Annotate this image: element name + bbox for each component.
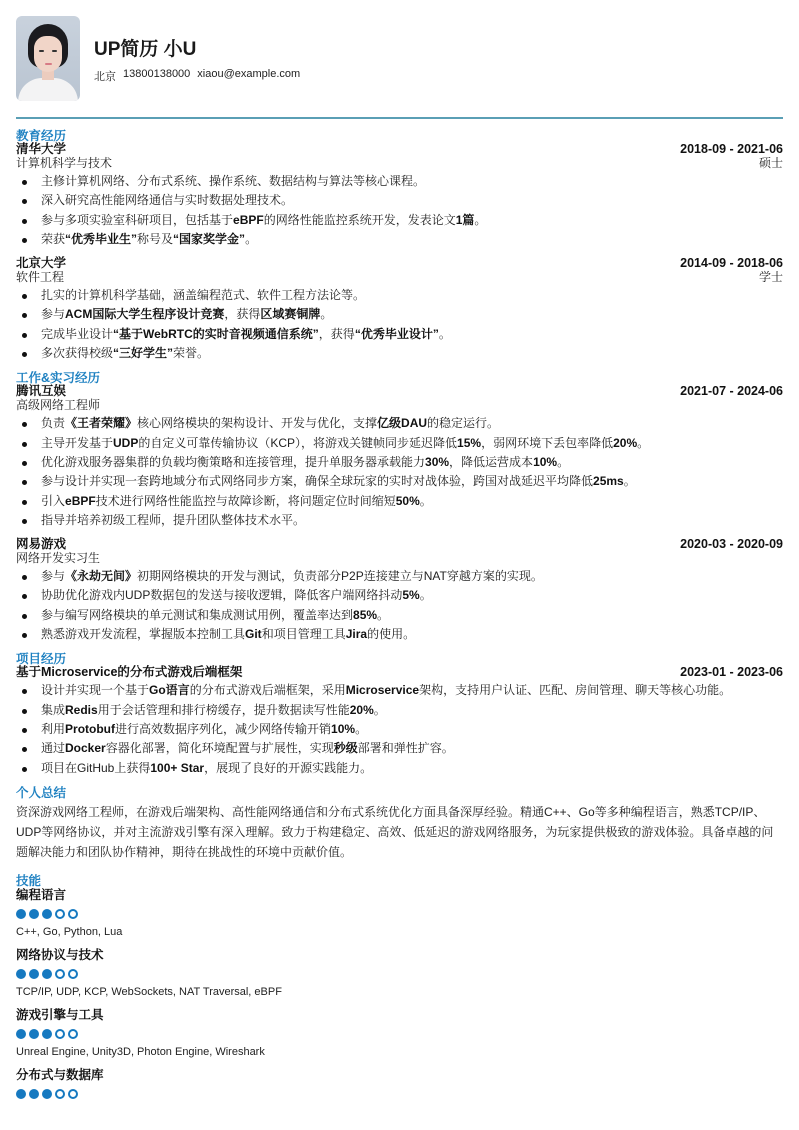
skill-description: Unreal Engine, Unity3D, Photon Engine, W…	[16, 1045, 783, 1059]
skill-name: 分布式与数据库	[16, 1068, 783, 1082]
skill-level-rating	[16, 969, 783, 979]
bullet-item: 参与ACM国际大学生程序设计竞赛，获得区域赛铜牌。	[16, 305, 783, 324]
summary-text: 资深游戏网络工程师，在游戏后端架构、高性能网络通信和分布式系统优化方面具备深厚经…	[16, 802, 783, 862]
skill-level-rating	[16, 1089, 783, 1099]
summary-section: 个人总结 资深游戏网络工程师，在游戏后端架构、高性能网络通信和分布式系统优化方面…	[16, 786, 783, 862]
section-title: 教育经历	[16, 129, 783, 143]
entry-title: 网易游戏	[16, 538, 100, 551]
bullet-item: 参与设计并实现一套跨地域分布式网络同步方案，确保全球玩家的实时对战体验，跨国对战…	[16, 472, 783, 491]
projects-section: 项目经历 基于Microservice的分布式游戏后端框架2023-01 - 2…	[16, 652, 783, 777]
filled-dot-icon	[29, 909, 39, 919]
skill-level-rating	[16, 909, 783, 919]
bullet-list: 参与《永劫无间》初期网络模块的开发与测试，负责部分P2P连接建立与NAT穿越方案…	[16, 567, 783, 644]
bullet-item: 指导并培养初级工程师，提升团队整体技术水平。	[16, 511, 783, 530]
bullet-item: 深入研究高性能网络通信与实时数据处理技术。	[16, 191, 783, 210]
entry-date: 2023-01 - 2023-06	[680, 666, 783, 679]
entry-date: 2014-09 - 2018-06	[680, 257, 783, 270]
work-entry: 网易游戏网络开发实习生2020-03 - 2020-09参与《永劫无间》初期网络…	[16, 538, 783, 644]
entry-header: 基于Microservice的分布式游戏后端框架2023-01 - 2023-0…	[16, 666, 783, 679]
empty-dot-icon	[55, 1089, 65, 1099]
entry-header: 北京大学软件工程2014-09 - 2018-06学士	[16, 257, 783, 284]
filled-dot-icon	[42, 909, 52, 919]
bullet-item: 多次获得校级“三好学生”荣誉。	[16, 344, 783, 363]
bullet-item: 引入eBPF技术进行网络性能监控与故障诊断，将问题定位时间缩短50%。	[16, 492, 783, 511]
filled-dot-icon	[29, 969, 39, 979]
entry-degree: 学士	[680, 270, 783, 284]
section-title: 工作&实习经历	[16, 371, 783, 385]
skill-description: C++, Go, Python, Lua	[16, 925, 783, 939]
skill-name: 网络协议与技术	[16, 948, 783, 962]
bullet-item: 优化游戏服务器集群的负载均衡策略和连接管理，提升单服务器承载能力30%，降低运营…	[16, 453, 783, 472]
bullet-list: 设计并实现一个基于Go语言的分布式游戏后端框架，采用Microservice架构…	[16, 681, 783, 777]
entry-title: 清华大学	[16, 143, 112, 156]
skill-item: 编程语言C++, Go, Python, Lua	[16, 888, 783, 939]
resume-body: 教育经历 清华大学计算机科学与技术2018-09 - 2021-06硕士主修计算…	[16, 129, 783, 1105]
filled-dot-icon	[42, 1089, 52, 1099]
header-divider	[16, 117, 783, 119]
bullet-item: 完成毕业设计“基于WebRTC的实时音视频通信系统”，获得“优秀毕业设计”。	[16, 325, 783, 344]
bullet-list: 扎实的计算机科学基础，涵盖编程范式、软件工程方法论等。参与ACM国际大学生程序设…	[16, 286, 783, 363]
bullet-item: 设计并实现一个基于Go语言的分布式游戏后端框架，采用Microservice架构…	[16, 681, 783, 700]
work-section: 工作&实习经历 腾讯互娱高级网络工程师2021-07 - 2024-06负责《王…	[16, 371, 783, 644]
education-entry: 北京大学软件工程2014-09 - 2018-06学士扎实的计算机科学基础，涵盖…	[16, 257, 783, 363]
entry-subtitle: 高级网络工程师	[16, 398, 100, 412]
empty-dot-icon	[68, 909, 78, 919]
skill-item: 游戏引擎与工具Unreal Engine, Unity3D, Photon En…	[16, 1008, 783, 1059]
bullet-item: 通过Docker容器化部署，简化环境配置与扩展性，实现秒级部署和弹性扩容。	[16, 739, 783, 758]
entry-header: 腾讯互娱高级网络工程师2021-07 - 2024-06	[16, 385, 783, 412]
section-title: 技能	[16, 874, 783, 888]
bullet-item: 参与《永劫无间》初期网络模块的开发与测试，负责部分P2P连接建立与NAT穿越方案…	[16, 567, 783, 586]
resume-header: UP简历 小U 北京 13800138000 xiaou@example.com	[16, 16, 300, 101]
entry-title: 北京大学	[16, 257, 66, 270]
education-section: 教育经历 清华大学计算机科学与技术2018-09 - 2021-06硕士主修计算…	[16, 129, 783, 363]
bullet-item: 参与多项实验室科研项目，包括基于eBPF的网络性能监控系统开发，发表论文1篇。	[16, 211, 783, 230]
entry-title: 腾讯互娱	[16, 385, 100, 398]
skill-name: 编程语言	[16, 888, 783, 902]
entry-degree: 硕士	[680, 156, 783, 170]
bullet-item: 负责《王者荣耀》核心网络模块的架构设计、开发与优化，支撑亿级DAU的稳定运行。	[16, 414, 783, 433]
filled-dot-icon	[42, 969, 52, 979]
candidate-name: UP简历 小U	[94, 34, 300, 61]
skills-section: 技能 编程语言C++, Go, Python, Lua网络协议与技术TCP/IP…	[16, 874, 783, 1099]
filled-dot-icon	[16, 1029, 26, 1039]
project-entry: 基于Microservice的分布式游戏后端框架2023-01 - 2023-0…	[16, 666, 783, 777]
section-title: 个人总结	[16, 786, 783, 800]
entry-date: 2020-03 - 2020-09	[680, 538, 783, 551]
bullet-item: 项目在GitHub上获得100+ Star，展现了良好的开源实践能力。	[16, 759, 783, 778]
skill-level-rating	[16, 1029, 783, 1039]
email[interactable]: xiaou@example.com	[197, 68, 300, 84]
bullet-item: 协助优化游戏内UDP数据包的发送与接收逻辑，降低客户端网络抖动5%。	[16, 586, 783, 605]
bullet-item: 主导开发基于UDP的自定义可靠传输协议（KCP），将游戏关键帧同步延迟降低15%…	[16, 434, 783, 453]
entry-date: 2021-07 - 2024-06	[680, 385, 783, 398]
filled-dot-icon	[42, 1029, 52, 1039]
empty-dot-icon	[55, 969, 65, 979]
bullet-item: 集成Redis用于会话管理和排行榜缓存，提升数据读写性能20%。	[16, 701, 783, 720]
bullet-item: 参与编写网络模块的单元测试和集成测试用例，覆盖率达到85%。	[16, 606, 783, 625]
bullet-list: 主修计算机网络、分布式系统、操作系统、数据结构与算法等核心课程。深入研究高性能网…	[16, 172, 783, 249]
skill-name: 游戏引擎与工具	[16, 1008, 783, 1022]
entry-header: 清华大学计算机科学与技术2018-09 - 2021-06硕士	[16, 143, 783, 170]
skill-item: 网络协议与技术TCP/IP, UDP, KCP, WebSockets, NAT…	[16, 948, 783, 999]
entry-title: 基于Microservice的分布式游戏后端框架	[16, 666, 242, 679]
empty-dot-icon	[68, 969, 78, 979]
bullet-item: 荣获“优秀毕业生”称号及“国家奖学金”。	[16, 230, 783, 249]
education-entry: 清华大学计算机科学与技术2018-09 - 2021-06硕士主修计算机网络、分…	[16, 143, 783, 249]
empty-dot-icon	[55, 909, 65, 919]
filled-dot-icon	[16, 1089, 26, 1099]
location: 北京	[94, 68, 116, 84]
profile-photo	[16, 16, 80, 101]
filled-dot-icon	[16, 969, 26, 979]
empty-dot-icon	[68, 1029, 78, 1039]
bullet-item: 扎实的计算机科学基础，涵盖编程范式、软件工程方法论等。	[16, 286, 783, 305]
empty-dot-icon	[55, 1029, 65, 1039]
contact-info: 北京 13800138000 xiaou@example.com	[94, 68, 300, 84]
work-entry: 腾讯互娱高级网络工程师2021-07 - 2024-06负责《王者荣耀》核心网络…	[16, 385, 783, 530]
entry-subtitle: 软件工程	[16, 270, 66, 284]
skill-item: 分布式与数据库	[16, 1068, 783, 1099]
filled-dot-icon	[29, 1089, 39, 1099]
skill-description: TCP/IP, UDP, KCP, WebSockets, NAT Traver…	[16, 985, 783, 999]
bullet-item: 利用Protobuf进行高效数据序列化，减少网络传输开销10%。	[16, 720, 783, 739]
entry-subtitle: 计算机科学与技术	[16, 156, 112, 170]
bullet-list: 负责《王者荣耀》核心网络模块的架构设计、开发与优化，支撑亿级DAU的稳定运行。主…	[16, 414, 783, 530]
entry-header: 网易游戏网络开发实习生2020-03 - 2020-09	[16, 538, 783, 565]
entry-date: 2018-09 - 2021-06	[680, 143, 783, 156]
bullet-item: 熟悉游戏开发流程，掌握版本控制工具Git和项目管理工具Jira的使用。	[16, 625, 783, 644]
empty-dot-icon	[68, 1089, 78, 1099]
filled-dot-icon	[16, 909, 26, 919]
bullet-item: 主修计算机网络、分布式系统、操作系统、数据结构与算法等核心课程。	[16, 172, 783, 191]
phone: 13800138000	[123, 68, 190, 84]
filled-dot-icon	[29, 1029, 39, 1039]
entry-subtitle: 网络开发实习生	[16, 551, 100, 565]
